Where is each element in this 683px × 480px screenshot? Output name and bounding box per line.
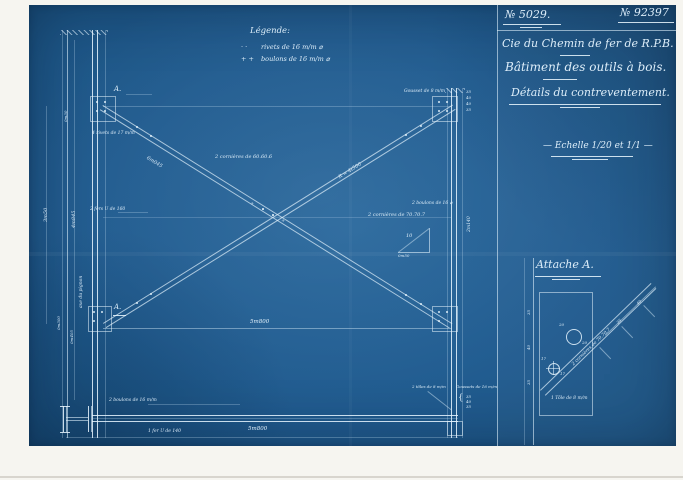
sill-axis-line xyxy=(92,418,458,419)
sill-section-cap xyxy=(60,432,70,433)
rivet-dot xyxy=(136,126,138,128)
sill-plates-note: 2 tôles de 8 m/m xyxy=(412,385,446,389)
triangle-side xyxy=(429,228,430,252)
mark-a-top: A. xyxy=(114,86,121,94)
sill-section-flange xyxy=(91,406,92,432)
rivet-dot xyxy=(93,320,95,322)
legend-title: Légende: xyxy=(250,27,290,36)
underline xyxy=(113,315,126,316)
rivet-dot xyxy=(405,294,407,296)
leader-line xyxy=(118,212,148,213)
gusset-top-right xyxy=(432,96,458,122)
underline xyxy=(560,55,590,56)
left-column-line xyxy=(92,30,93,438)
chain-dim: 40 xyxy=(466,102,471,106)
column-axis-label: axe du pignon xyxy=(80,276,85,308)
scan-edge-shadow xyxy=(0,476,683,478)
rivet-dot xyxy=(446,110,448,112)
hole-dim: 20 xyxy=(582,341,587,345)
rivet-dot xyxy=(104,101,106,103)
corner-dim: 35 xyxy=(466,405,471,409)
corniere-upper-note: 2 cornières de 60.60.6 xyxy=(215,155,272,161)
left-column-line xyxy=(67,30,68,438)
legend-symbol-boulons: + + xyxy=(241,56,254,63)
legend-label-boulons: boulons de 16 m/m ⌀ xyxy=(261,56,330,63)
right-column-dim: 2m140 xyxy=(468,216,473,232)
rivet-dot xyxy=(438,101,440,103)
rivet-dot xyxy=(101,311,103,313)
fold-crease xyxy=(349,5,352,446)
sill-end-bracket xyxy=(447,421,463,436)
underline xyxy=(560,107,600,108)
rivet-dot xyxy=(438,320,440,322)
gusset-tl-note: 4 rivets de 17 m/m xyxy=(92,132,135,137)
sill-section-web xyxy=(66,420,88,421)
scale-note: — Echelle 1/20 et 1/1 — xyxy=(543,142,653,152)
detail-side-dim: 35 xyxy=(527,380,531,385)
gusset-bottom-right xyxy=(432,306,458,332)
rivet-dot xyxy=(93,311,95,313)
chain-dim: 35 xyxy=(466,108,471,112)
sill-section-flange xyxy=(63,406,64,432)
rivet-dot xyxy=(405,134,407,136)
panel-header-line xyxy=(497,30,676,31)
bottom-span-dim: 5m800 xyxy=(248,426,267,432)
chain-dim: 40 xyxy=(466,96,471,100)
sill-section-web xyxy=(66,417,88,418)
hole-dim: 17 xyxy=(560,372,565,376)
rivet-dot xyxy=(104,110,106,112)
sill-member-note: 1 fer U de 140 xyxy=(148,430,181,435)
leader-line xyxy=(126,94,152,95)
column-cap-hatch xyxy=(60,30,108,35)
leader-line xyxy=(148,404,240,405)
detail-side-dim: 35 xyxy=(527,310,531,315)
detail-column-line xyxy=(533,258,534,445)
left-column-line xyxy=(105,30,106,438)
underline xyxy=(503,24,561,25)
sill-line xyxy=(92,415,458,416)
rivet-dot xyxy=(420,125,422,127)
title-building: Bâtiment des outils à bois. xyxy=(505,61,666,74)
detail-side-dim: 40 xyxy=(527,345,531,350)
top-chord-line xyxy=(103,106,452,107)
sill-section-flange xyxy=(66,406,67,432)
sill-line xyxy=(92,421,458,422)
panel-divider-line xyxy=(497,5,498,446)
triangle-dim-a: 10 xyxy=(406,234,412,240)
rivet-dot xyxy=(438,311,440,313)
drawing-number-left: № 5029. xyxy=(505,9,550,21)
triangle-dim-b: 0m50 xyxy=(398,254,409,258)
drawing-number-right: № 92397 xyxy=(620,7,669,19)
rivet-dot xyxy=(438,110,440,112)
underline xyxy=(535,276,601,277)
underline xyxy=(509,104,661,105)
underline xyxy=(572,159,608,160)
bottom-chord-line xyxy=(103,328,452,329)
hole-dim: 17 xyxy=(541,357,546,361)
title-company: Cie du Chemin de fer de R.P.B. xyxy=(502,38,674,50)
detail-plate-note: 1 Tôle de 8 m/m xyxy=(551,397,588,402)
dimension-line xyxy=(66,437,458,438)
rivet-dot xyxy=(96,110,98,112)
rivet-dot xyxy=(446,311,448,313)
sill-section-flange xyxy=(88,406,89,432)
title-subject: Détails du contreventement. xyxy=(511,87,670,99)
rivet-dot xyxy=(262,208,264,210)
mid-span-dim: 5m800 xyxy=(250,319,269,325)
detail-title: Attache A. xyxy=(536,259,594,271)
mark-a-bottom: A. xyxy=(114,304,121,312)
blueprint-scan: № 5029. № 92397 Cie du Chemin de fer de … xyxy=(0,0,683,480)
dim-top-left: 0m30 xyxy=(64,111,68,122)
column-cap-hatch xyxy=(445,88,465,93)
sill-gousset-note: Goussets de 16 m/m xyxy=(456,385,497,389)
corniere-lower-note: 2 cornières de 70.70.7 xyxy=(368,213,425,219)
underline xyxy=(520,27,542,28)
bolt-cross-mark: + xyxy=(250,202,254,208)
left-column-line xyxy=(97,30,98,438)
left-dim-inner: 4m845 xyxy=(72,211,78,228)
legend-label-rivets: rivets de 16 m/m ⌀ xyxy=(261,44,323,51)
gusset-tr-note: Gousset de 8 m/m xyxy=(404,90,445,95)
chain-dim: 35 xyxy=(466,90,471,94)
brace-glyph: { xyxy=(458,394,463,403)
detail-column-line xyxy=(524,258,525,445)
rivet-dot xyxy=(446,101,448,103)
underline xyxy=(618,22,674,23)
gusset-top-left xyxy=(90,96,116,122)
left-column-line xyxy=(62,30,63,438)
underline xyxy=(551,156,633,157)
rivet-dot xyxy=(136,302,138,304)
gusset-bottom-left xyxy=(88,306,112,332)
detail-hole-small xyxy=(548,363,560,375)
detail-hole-large xyxy=(566,329,582,345)
underline xyxy=(543,79,577,80)
rivet-dot xyxy=(96,101,98,103)
hole-crosshair xyxy=(553,361,554,375)
left-dim-outer: 3m50 xyxy=(44,208,50,222)
legend-symbol-rivets: · · xyxy=(241,44,247,51)
hole-dim: 20 xyxy=(559,323,564,327)
rivet-dot xyxy=(150,135,152,137)
rivet-dot xyxy=(420,303,422,305)
right-column-line xyxy=(447,88,448,438)
dim-bottom-left: 0m405 xyxy=(70,330,74,344)
dim-bottom-left: 0m300 xyxy=(57,316,61,330)
rivet-dot xyxy=(272,214,274,216)
sill-section-cap xyxy=(60,406,70,407)
holes-note: 2 boulons de 16 ⌀ xyxy=(412,202,452,207)
bolt-cross-mark: + xyxy=(281,219,285,225)
right-column-line xyxy=(451,88,452,438)
rivet-dot xyxy=(150,293,152,295)
underline xyxy=(552,279,580,280)
